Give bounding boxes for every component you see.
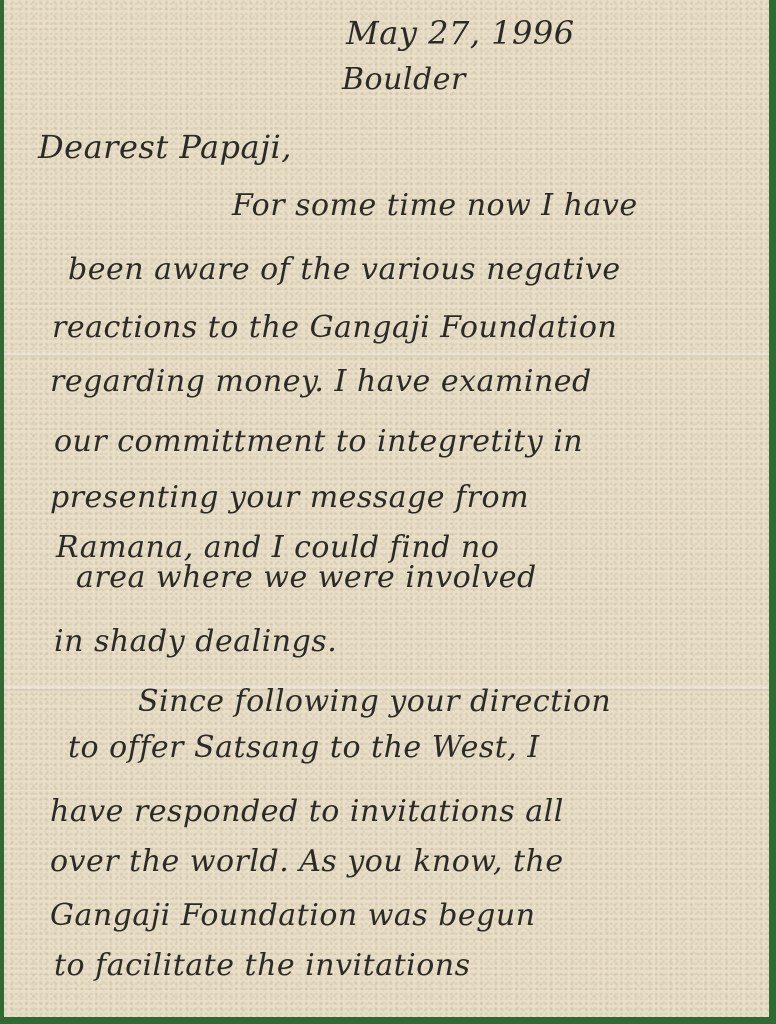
letter-line: have responded to invitations all [50,794,564,829]
letter-line: For some time now I have [232,188,638,223]
letter-line: Gangaji Foundation was begun [50,898,536,933]
letter-paper: May 27, 1996 Boulder Dearest Papaji, For… [4,0,769,1017]
paper-fold [4,352,769,358]
letter-line: area where we were involved [76,560,537,595]
letter-line: over the world. As you know, the [50,844,564,879]
letter-line: presenting your message from [50,480,529,515]
letter-line: been aware of the various negative [68,252,621,287]
letter-line: to offer Satsang to the West, I [68,730,540,765]
letter-line: reactions to the Gangaji Foundation [52,310,617,345]
letter-line: in shady dealings. [54,624,337,659]
letter-line: our committment to integretity in [54,424,583,459]
letter-salutation: Dearest Papaji, [38,128,292,166]
letter-line: to facilitate the invitations [54,948,471,983]
letter-line: Since following your direction [138,684,611,719]
letter-line: regarding money. I have examined [50,364,592,399]
letter-place: Boulder [342,62,466,97]
letter-date: May 27, 1996 [346,14,575,52]
